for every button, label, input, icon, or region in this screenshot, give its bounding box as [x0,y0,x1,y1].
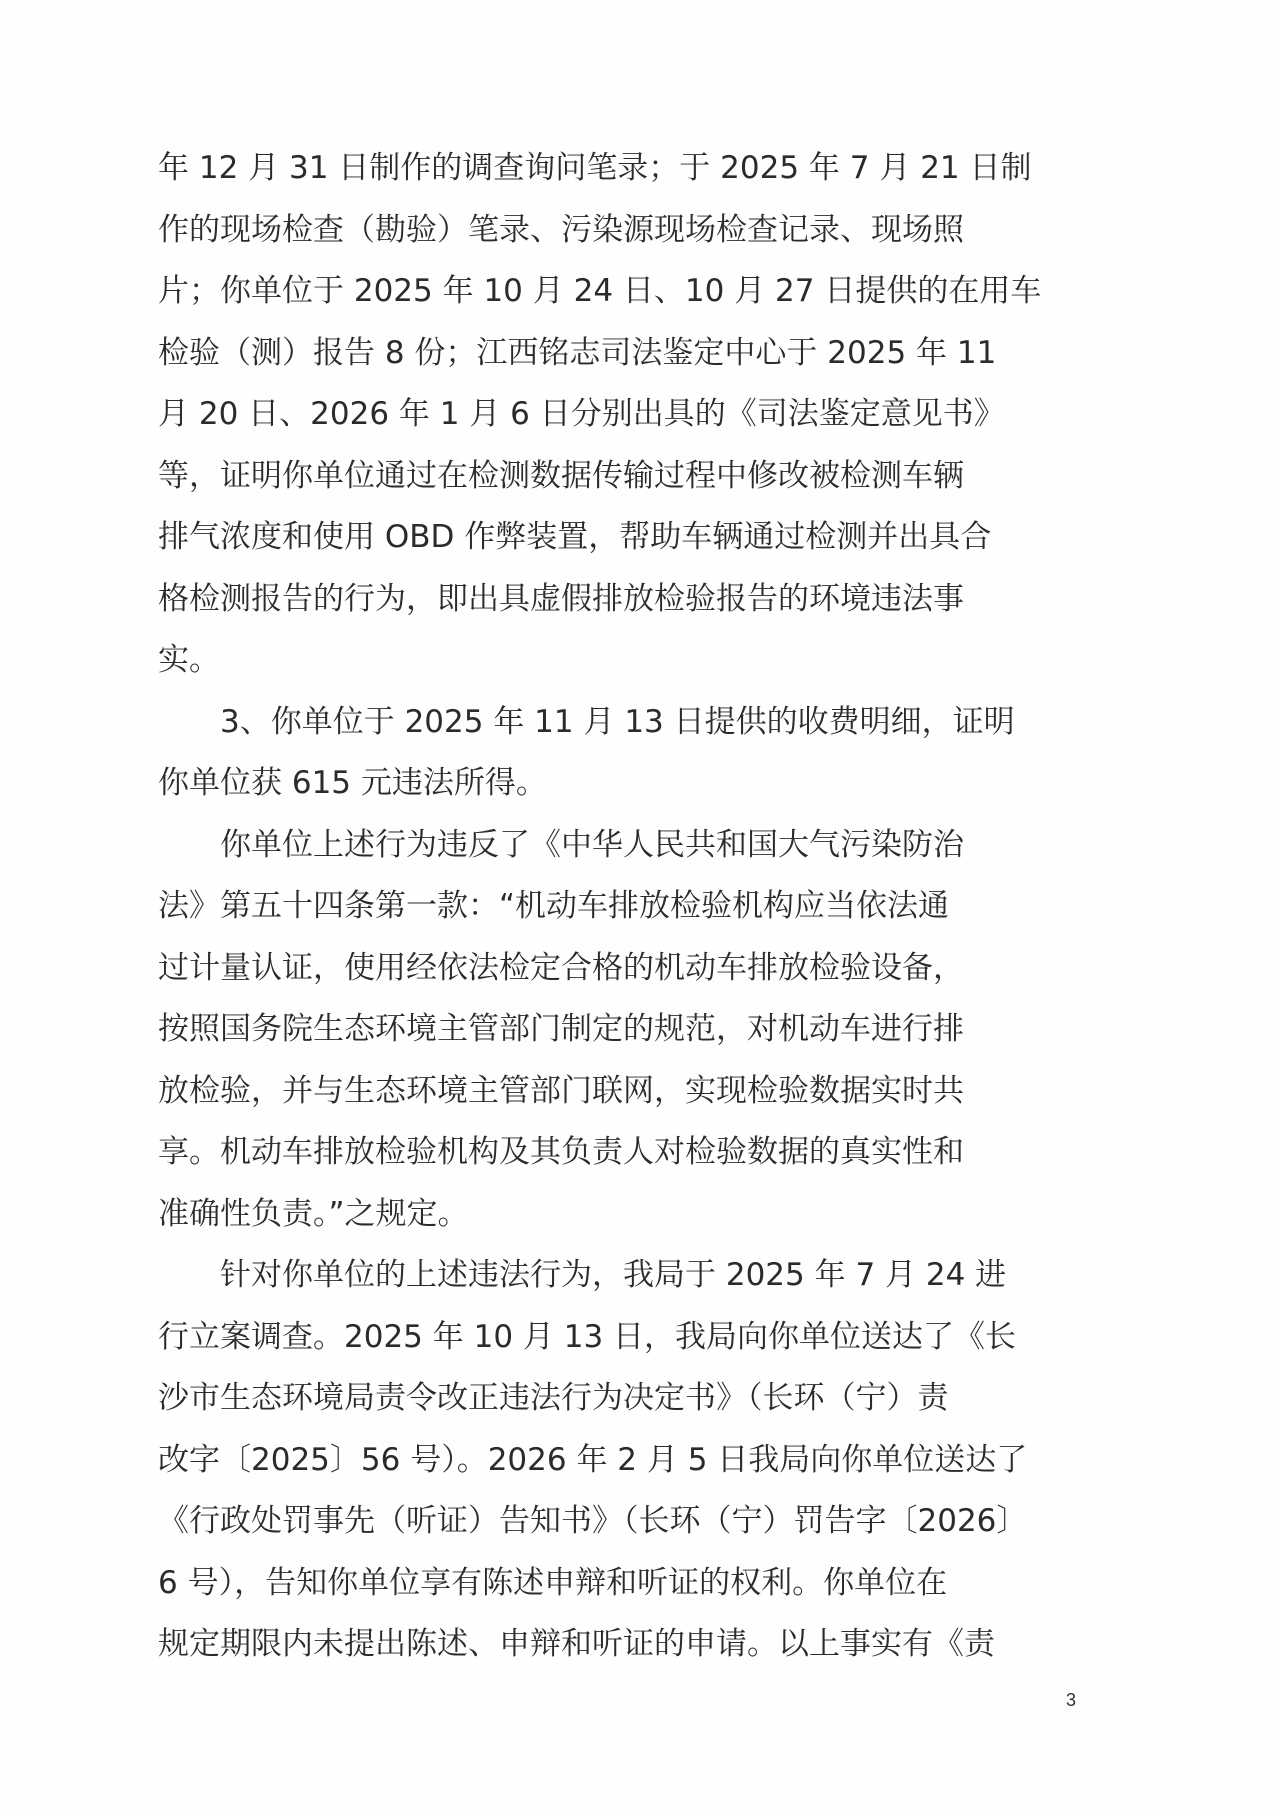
text-line: 沙市生态环境局责令改正违法行为决定书》（长环（宁）责 [158,1368,938,1430]
text-line: 按照国务院生态环境主管部门制定的规范，对机动车进行排 [158,999,938,1061]
text-line: 针对你单位的上述违法行为，我局于 2025 年 7 月 24 进 [158,1245,938,1307]
page-number: 3 [1066,1690,1076,1711]
document-body: 年 12 月 31 日制作的调查询问笔录；于 2025 年 7 月 21 日制 … [158,138,938,1676]
text-line: 放检验，并与生态环境主管部门联网，实现检验数据实时共 [158,1061,938,1123]
text-line: 片；你单位于 2025 年 10 月 24 日、10 月 27 日提供的在用车 [158,261,938,323]
text-line: 月 20 日、2026 年 1 月 6 日分别出具的《司法鉴定意见书》 [158,384,938,446]
text-line: 等，证明你单位通过在检测数据传输过程中修改被检测车辆 [158,446,938,508]
text-line: 享。机动车排放检验机构及其负责人对检验数据的真实性和 [158,1122,938,1184]
paragraph-evidence-item-3: 3、你单位于 2025 年 11 月 13 日提供的收费明细，证明 你单位获 6… [158,692,938,815]
text-line: 排气浓度和使用 OBD 作弊装置，帮助车辆通过检测并出具合 [158,507,938,569]
text-line: 检验（测）报告 8 份；江西铭志司法鉴定中心于 2025 年 11 [158,323,938,385]
text-line: 法》第五十四条第一款：“机动车排放检验机构应当依法通 [158,876,938,938]
text-line: 过计量认证，使用经依法检定合格的机动车排放检验设备， [158,938,938,1000]
paragraph-evidence-continued: 年 12 月 31 日制作的调查询问笔录；于 2025 年 7 月 21 日制 … [158,138,938,692]
text-line: 《行政处罚事先（听证）告知书》（长环（宁）罚告字〔2026〕 [158,1491,938,1553]
paragraph-procedure: 针对你单位的上述违法行为，我局于 2025 年 7 月 24 进 行立案调查。2… [158,1245,938,1676]
text-line: 6 号），告知你单位享有陈述申辩和听证的权利。你单位在 [158,1553,938,1615]
text-line: 格检测报告的行为，即出具虚假排放检验报告的环境违法事 [158,569,938,631]
text-line: 3、你单位于 2025 年 11 月 13 日提供的收费明细，证明 [158,692,938,754]
text-line: 规定期限内未提出陈述、申辩和听证的申请。以上事实有《责 [158,1614,938,1676]
text-line: 你单位获 615 元违法所得。 [158,753,938,815]
text-line: 你单位上述行为违反了《中华人民共和国大气污染防治 [158,815,938,877]
text-line: 年 12 月 31 日制作的调查询问笔录；于 2025 年 7 月 21 日制 [158,138,938,200]
document-page: 年 12 月 31 日制作的调查询问笔录；于 2025 年 7 月 21 日制 … [0,0,1280,1810]
text-line: 行立案调查。2025 年 10 月 13 日，我局向你单位送达了《长 [158,1307,938,1369]
text-line: 准确性负责。”之规定。 [158,1184,938,1246]
text-line: 作的现场检查（勘验）笔录、污染源现场检查记录、现场照 [158,200,938,262]
paragraph-legal-basis: 你单位上述行为违反了《中华人民共和国大气污染防治 法》第五十四条第一款：“机动车… [158,815,938,1246]
text-line: 改字〔2025〕56 号）。2026 年 2 月 5 日我局向你单位送达了 [158,1430,938,1492]
text-line: 实。 [158,630,938,692]
